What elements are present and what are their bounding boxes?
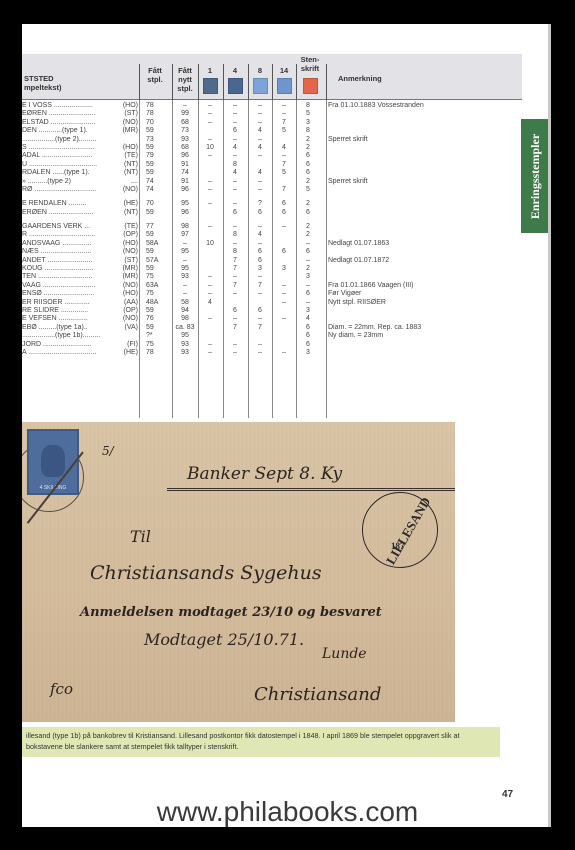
cell-c14: 7 xyxy=(272,119,296,127)
cell-fn: 99 xyxy=(174,110,196,118)
cell-c8: 4 xyxy=(248,169,272,177)
cell-c14: 5 xyxy=(272,169,296,177)
table-row: ERØEN .......................(NT)5996666… xyxy=(22,209,522,217)
cell-name: EØREN ........................ xyxy=(22,110,118,118)
cell-c14: 4 xyxy=(272,144,296,152)
cell-fn: 91 xyxy=(174,178,196,186)
cell-note: Diam. = 22mm. Rep. ca. 1883 xyxy=(328,324,421,332)
cell-name: TEN ............................ xyxy=(22,273,118,281)
cell-fn: 98 xyxy=(174,315,196,323)
cell-note: Sperret skrift xyxy=(328,136,368,144)
cell-fs: 59 xyxy=(146,265,154,273)
cell-c8: 6 xyxy=(248,307,272,315)
cell-note: Fra 01.01.1866 Vaagen (III) xyxy=(328,282,413,290)
cell-c4: 8 xyxy=(223,248,247,256)
cell-st: 2 xyxy=(296,136,320,144)
cell-c4: 7 xyxy=(223,257,247,265)
cell-c14: – xyxy=(272,223,296,231)
table-row: EØREN ........................(ST)7899––… xyxy=(22,110,522,118)
cell-name: RE SLIDRE .............. xyxy=(22,307,118,315)
cell-st: 3 xyxy=(296,119,320,127)
cell-name: ERØEN ....................... xyxy=(22,209,118,217)
cell-name: ELSTAD ....................... xyxy=(22,119,118,127)
table-row: EBØ .........(type 1a)..(VA)59ca. 83776D… xyxy=(22,324,522,332)
blue-stamp-icon: 4 SKILLING xyxy=(27,429,79,495)
cell-dist: (HE) xyxy=(118,349,138,357)
cell-c8: 3 xyxy=(248,265,272,273)
table-row: ER RIISÖER .............(AA)48A584––Nytt… xyxy=(22,299,522,307)
cell-dist: (NT) xyxy=(118,209,138,217)
cell-fs: 78 xyxy=(146,102,154,110)
cell-name: .................(type 1b)......... xyxy=(22,332,118,340)
cell-c8: 7 xyxy=(248,282,272,290)
cell-fn: 95 xyxy=(174,200,196,208)
cell-name: KOUG ......................... xyxy=(22,265,118,273)
cell-dist: (NO) xyxy=(118,186,138,194)
cell-st: – xyxy=(296,257,320,265)
cell-name: NÆS .......................... xyxy=(22,248,118,256)
cell-fs: 77 xyxy=(146,223,154,231)
handwriting-line1: Banker Sept 8. Ky xyxy=(187,464,342,484)
cell-st: 6 xyxy=(296,152,320,160)
lion-emblem-icon xyxy=(41,445,65,477)
cell-name: GAARDENS VERK ... xyxy=(22,223,118,231)
cell-name: ANDET ....................... xyxy=(22,257,118,265)
table-header: STSTED mpeltekst) Fått stpl. Fått nytt s… xyxy=(22,54,522,100)
cell-note: Før Vigøer xyxy=(328,290,361,298)
cell-c8: – xyxy=(248,102,272,110)
cell-dist: (MR) xyxy=(118,127,138,135)
cell-st: 6 xyxy=(296,341,320,349)
cell-fs: 57A xyxy=(146,257,158,265)
cell-st: 2 xyxy=(296,144,320,152)
cell-note: Sperret skrift xyxy=(328,178,368,186)
chapter-tab-label: Enringsstempler xyxy=(528,133,543,218)
cell-c8: – xyxy=(248,315,272,323)
postmark-date: 187 xyxy=(391,541,405,551)
cell-c14: – xyxy=(272,152,296,160)
cell-dist: (VA) xyxy=(118,324,138,332)
cell-fn: – xyxy=(174,282,196,290)
cell-c8: – xyxy=(248,273,272,281)
cell-c14: – xyxy=(272,299,296,307)
handwriting-line3: Christiansands Sygehus xyxy=(90,562,322,584)
cell-c4: 6 xyxy=(223,209,247,217)
table-row: » ..........(type 2)....7491–––2Sperret … xyxy=(22,178,522,186)
cell-fn: 93 xyxy=(174,136,196,144)
cell-fs: 75 xyxy=(146,273,154,281)
table-row: JORD .........................(FI)7593––… xyxy=(22,341,522,349)
table-row: .................(type 1b).........?*956… xyxy=(22,332,522,340)
cell-st: 4 xyxy=(296,315,320,323)
cell-c8: 6 xyxy=(248,257,272,265)
cell-st: – xyxy=(296,282,320,290)
cell-note: Nedlagt 01.07.1872 xyxy=(328,257,389,265)
cell-c8: 6 xyxy=(248,209,272,217)
cell-fs: 48A xyxy=(146,299,158,307)
table-row: E RENDALEN .........(HE)7095––?62 xyxy=(22,200,522,208)
cell-c1: – xyxy=(198,282,222,290)
cell-fn: 73 xyxy=(174,127,196,135)
cell-c4: – xyxy=(223,240,247,248)
cell-dist: (NO) xyxy=(118,119,138,127)
table-row: RDALEN ......(type 1).(NT)59744456 xyxy=(22,169,522,177)
header-col-14: 14 xyxy=(272,66,296,75)
handwriting-line5: Modtaget 25/10.71. xyxy=(144,630,304,649)
handwriting-line6: Lunde xyxy=(322,646,367,662)
table-row: RØ ................................(NO)7… xyxy=(22,186,522,194)
cell-dist: (HO) xyxy=(118,102,138,110)
cell-dist: (HE) xyxy=(118,200,138,208)
cell-c4: – xyxy=(223,186,247,194)
cell-st: 6 xyxy=(296,248,320,256)
cell-dist: (HO) xyxy=(118,290,138,298)
cell-c4: – xyxy=(223,273,247,281)
cell-c8: 7 xyxy=(248,324,272,332)
header-col-4: 4 xyxy=(223,66,247,75)
cell-c4: 8 xyxy=(223,161,247,169)
cell-dist: (NO) xyxy=(118,248,138,256)
cell-note: Nytt stpl. RIISØER xyxy=(328,299,386,307)
cell-name: VAAG ........................... xyxy=(22,282,118,290)
cell-fs: 70 xyxy=(146,200,154,208)
cell-name: ADAL .......................... xyxy=(22,152,118,160)
header-fatt-stpl: Fått stpl. xyxy=(140,66,170,84)
stamp-14-skilling-icon xyxy=(277,78,292,94)
cell-dist: (NT) xyxy=(118,161,138,169)
cell-c4: 7 xyxy=(223,324,247,332)
cell-c1: – xyxy=(198,223,222,231)
cell-fs: 59 xyxy=(146,169,154,177)
cell-dist: (TE) xyxy=(118,152,138,160)
cell-fs: 75 xyxy=(146,290,154,298)
cell-c8: – xyxy=(248,152,272,160)
cell-c14: – xyxy=(272,110,296,118)
cell-c14: – xyxy=(272,315,296,323)
cell-dist: (TE) xyxy=(118,223,138,231)
cell-st: 3 xyxy=(296,273,320,281)
cell-c14: – xyxy=(272,290,296,298)
caption-text: illesand (type 1b) på bankobrev til Kris… xyxy=(26,731,460,751)
stamp-1-skilling-icon xyxy=(203,78,218,94)
cell-dist: (ST) xyxy=(118,110,138,118)
cell-fn: 95 xyxy=(174,248,196,256)
cell-c8: – xyxy=(248,178,272,186)
handwriting-line8: Christiansand xyxy=(254,684,381,705)
table-row: GAARDENS VERK ...(TE)7798––––2 xyxy=(22,223,522,231)
cell-fn: 68 xyxy=(174,144,196,152)
cell-note: Nedlagt 01.07.1863 xyxy=(328,240,389,248)
cell-fn: – xyxy=(174,102,196,110)
cell-st: 6 xyxy=(296,332,320,340)
cell-c8: – xyxy=(248,110,272,118)
stamp-4-skilling-icon xyxy=(228,78,243,94)
cell-st: – xyxy=(296,240,320,248)
cell-note: Fra 01.10.1883 Vossestranden xyxy=(328,102,424,110)
cell-fn: 93 xyxy=(174,273,196,281)
cell-fn: 91 xyxy=(174,161,196,169)
cell-name: ENSØ .......................... xyxy=(22,290,118,298)
cell-c8: – xyxy=(248,349,272,357)
cell-fs: 59 xyxy=(146,231,154,239)
cell-fn: 94 xyxy=(174,307,196,315)
cell-st: 3 xyxy=(296,349,320,357)
cell-name: ANDSVAAG ............... xyxy=(22,240,118,248)
cell-fn: 95 xyxy=(174,265,196,273)
table-row: S ..................................(HO)… xyxy=(22,144,522,152)
book-page: STSTED mpeltekst) Fått stpl. Fått nytt s… xyxy=(22,24,550,827)
cell-c4: 8 xyxy=(223,231,247,239)
cell-fn: – xyxy=(174,257,196,265)
divider xyxy=(326,64,327,100)
cell-c8: – xyxy=(248,223,272,231)
cell-fn: 74 xyxy=(174,169,196,177)
header-col-8: 8 xyxy=(248,66,272,75)
cell-name: EBØ .........(type 1a).. xyxy=(22,324,118,332)
handwritten-mark: 5/ xyxy=(102,444,114,458)
table-row: E I VOSS ....................(HO)78–––––… xyxy=(22,102,522,110)
cell-st: 8 xyxy=(296,102,320,110)
cell-st: 2 xyxy=(296,178,320,186)
cell-fs: 79 xyxy=(146,152,154,160)
cell-c1: – xyxy=(198,341,222,349)
cell-fs: 63A xyxy=(146,282,158,290)
cell-c14: – xyxy=(272,282,296,290)
table-row: R ..................................(OP)… xyxy=(22,231,522,239)
header-poststed: STSTED xyxy=(24,74,54,83)
cell-c4: 6 xyxy=(223,127,247,135)
cell-dist: (HO) xyxy=(118,240,138,248)
envelope-image: 4 SKILLING 5/ Banker Sept 8. Ky LILLESAN… xyxy=(22,422,455,722)
divider xyxy=(248,64,249,100)
cell-fn: 95 xyxy=(174,332,196,340)
cell-c14: – xyxy=(272,102,296,110)
cell-st: 2 xyxy=(296,200,320,208)
cell-dist: (OP) xyxy=(118,307,138,315)
cell-c4: – xyxy=(223,290,247,298)
cell-dist: (NO) xyxy=(118,315,138,323)
cell-c4: – xyxy=(223,119,247,127)
postmark-table: STSTED mpeltekst) Fått stpl. Fått nytt s… xyxy=(22,54,522,357)
cell-dist: .... xyxy=(118,178,138,186)
table-row: ENSØ ..........................(HO)75–––… xyxy=(22,290,522,298)
table-row: VAAG ...........................(NO)63A–… xyxy=(22,282,522,290)
divider xyxy=(172,64,173,100)
cell-c1: – xyxy=(198,102,222,110)
cell-fs: 59 xyxy=(146,307,154,315)
cell-fn: 93 xyxy=(174,341,196,349)
cell-dist: (MR) xyxy=(118,273,138,281)
cell-c4: – xyxy=(223,152,247,160)
cell-c4: – xyxy=(223,341,247,349)
cell-st: 6 xyxy=(296,161,320,169)
cell-c1: – xyxy=(198,178,222,186)
cell-fn: 68 xyxy=(174,119,196,127)
cell-c14: 7 xyxy=(272,161,296,169)
cell-c8: 6 xyxy=(248,248,272,256)
page-edge xyxy=(548,24,551,827)
header-anmerkning: Anmerkning xyxy=(338,74,382,83)
cell-c4: 4 xyxy=(223,169,247,177)
header-col-1: 1 xyxy=(198,66,222,75)
cell-c1: 10 xyxy=(198,144,222,152)
figure-caption: illesand (type 1b) på bankobrev til Kris… xyxy=(22,727,500,757)
header-poststed-sub: mpeltekst) xyxy=(24,83,62,92)
cell-c4: – xyxy=(223,102,247,110)
cell-st: 3 xyxy=(296,307,320,315)
cell-c4: 7 xyxy=(223,282,247,290)
table-body: E I VOSS ....................(HO)78–––––… xyxy=(22,100,522,357)
cell-c1: – xyxy=(198,273,222,281)
cell-fs: 59 xyxy=(146,127,154,135)
cell-c8: 4 xyxy=(248,144,272,152)
chapter-tab: Enringsstempler xyxy=(521,119,550,233)
cell-name: » ..........(type 2) xyxy=(22,178,118,186)
cell-name: E RENDALEN ......... xyxy=(22,200,118,208)
cell-name: S .................................. xyxy=(22,144,118,152)
cell-c8: – xyxy=(248,186,272,194)
cell-fn: 96 xyxy=(174,186,196,194)
cell-dist: (ST) xyxy=(118,257,138,265)
table-row: E VEFSEN ...............(NO)7698––––4 xyxy=(22,315,522,323)
cell-c1: 4 xyxy=(198,299,222,307)
cell-dist: (MR) xyxy=(118,265,138,273)
cell-st: 2 xyxy=(296,231,320,239)
cell-c4: – xyxy=(223,349,247,357)
cell-c4: 6 xyxy=(223,307,247,315)
cell-c1: – xyxy=(198,119,222,127)
stamp-8-skilling-icon xyxy=(253,78,268,94)
cell-fs: 58A xyxy=(146,240,158,248)
cell-name: A ................................... xyxy=(22,349,118,357)
cell-fn: 96 xyxy=(174,209,196,217)
cell-fs: 59 xyxy=(146,248,154,256)
cell-c8: – xyxy=(248,341,272,349)
cell-st: 6 xyxy=(296,290,320,298)
cell-c14: 6 xyxy=(272,209,296,217)
divider xyxy=(223,64,224,100)
cell-fs: 76 xyxy=(146,315,154,323)
cell-c4: – xyxy=(223,110,247,118)
cell-name: R .................................. xyxy=(22,231,118,239)
cell-dist: (AA) xyxy=(118,299,138,307)
cell-st: 2 xyxy=(296,265,320,273)
cell-dist: (HO) xyxy=(118,144,138,152)
cell-fs: 59 xyxy=(146,161,154,169)
cell-c8: – xyxy=(248,240,272,248)
divider xyxy=(198,64,199,100)
divider xyxy=(272,64,273,100)
cell-dist: (NT) xyxy=(118,169,138,177)
cell-c8: 4 xyxy=(248,127,272,135)
cell-fn: 58 xyxy=(174,299,196,307)
table-row: ANDET .......................(ST)57A–76–… xyxy=(22,257,522,265)
stamp-stenskrift-icon xyxy=(303,78,318,94)
cell-dist: (OP) xyxy=(118,231,138,239)
divider xyxy=(296,64,297,100)
table-row: DEN ............(type 1).(MR)59736458 xyxy=(22,127,522,135)
cell-note: Ny diam. = 23mm xyxy=(328,332,383,340)
handwriting-line2: Til xyxy=(130,527,151,546)
cell-fn: – xyxy=(174,240,196,248)
cell-fn: 96 xyxy=(174,152,196,160)
cell-c8: ? xyxy=(248,200,272,208)
cell-c4: 4 xyxy=(223,144,247,152)
postmark-town: LILLESAND xyxy=(383,494,434,567)
watermark: www.philabooks.com xyxy=(0,796,575,828)
table-row: .................(type 2).........7393––… xyxy=(22,136,522,144)
cell-c1: – xyxy=(198,152,222,160)
cell-fs: 70 xyxy=(146,119,154,127)
cell-name: ER RIISÖER ............. xyxy=(22,299,118,307)
header-stenskrift: Sten- skrift xyxy=(296,55,324,73)
cell-fs: 74 xyxy=(146,178,154,186)
cell-c8: 4 xyxy=(248,231,272,239)
handwriting-line7: fco xyxy=(50,680,73,698)
table-row: ELSTAD .......................(NO)7068––… xyxy=(22,119,522,127)
cell-st: 6 xyxy=(296,209,320,217)
lillesand-postmark: LILLESAND 187 xyxy=(362,492,438,568)
cell-name: .................(type 2)......... xyxy=(22,136,118,144)
cell-fn: 93 xyxy=(174,349,196,357)
cell-st: 6 xyxy=(296,169,320,177)
header-fatt-nytt-stpl: Fått nytt stpl. xyxy=(172,66,198,93)
cell-name: U ................................... xyxy=(22,161,118,169)
table-row: NÆS ..........................(NO)599586… xyxy=(22,248,522,256)
cell-c4: – xyxy=(223,178,247,186)
table-row: TEN ............................(MR)7593… xyxy=(22,273,522,281)
cell-fs: ?* xyxy=(146,332,153,340)
handwriting-line4: Anmeldelsen modtaget 23/10 og besvaret xyxy=(80,605,382,620)
cell-c8: – xyxy=(248,119,272,127)
cell-fn: 97 xyxy=(174,231,196,239)
cell-name: JORD ......................... xyxy=(22,341,118,349)
cell-c8: – xyxy=(248,290,272,298)
cell-fs: 73 xyxy=(146,136,154,144)
underline-rule xyxy=(167,488,455,491)
table-row: ANDSVAAG ...............(HO)58A–10–––Ned… xyxy=(22,240,522,248)
cell-c14: 6 xyxy=(272,200,296,208)
cell-fs: 74 xyxy=(146,186,154,194)
cell-fn: – xyxy=(174,290,196,298)
cell-c4: – xyxy=(223,223,247,231)
cell-c1: – xyxy=(198,186,222,194)
cell-c1: – xyxy=(198,136,222,144)
cell-fs: 75 xyxy=(146,341,154,349)
cell-c4: 7 xyxy=(223,265,247,273)
divider xyxy=(139,64,140,100)
cell-fs: 59 xyxy=(146,209,154,217)
cell-dist: (NO) xyxy=(118,282,138,290)
cell-st: 2 xyxy=(296,223,320,231)
cell-c4: – xyxy=(223,200,247,208)
cell-st: 5 xyxy=(296,110,320,118)
cell-dist: (FI) xyxy=(118,341,138,349)
table-row: U ...................................(NT… xyxy=(22,161,522,169)
cell-fn: ca. 83 xyxy=(174,324,196,332)
table-row: A ...................................(HE… xyxy=(22,349,522,357)
cell-st: – xyxy=(296,299,320,307)
cell-fs: 59 xyxy=(146,144,154,152)
table-row: RE SLIDRE ..............(OP)5994663 xyxy=(22,307,522,315)
cell-c14: – xyxy=(272,349,296,357)
cell-name: RØ ................................ xyxy=(22,186,118,194)
cell-fn: 98 xyxy=(174,223,196,231)
cell-name: E VEFSEN ............... xyxy=(22,315,118,323)
cell-c4: – xyxy=(223,315,247,323)
cell-name: DEN ............(type 1). xyxy=(22,127,118,135)
cell-fs: 59 xyxy=(146,324,154,332)
